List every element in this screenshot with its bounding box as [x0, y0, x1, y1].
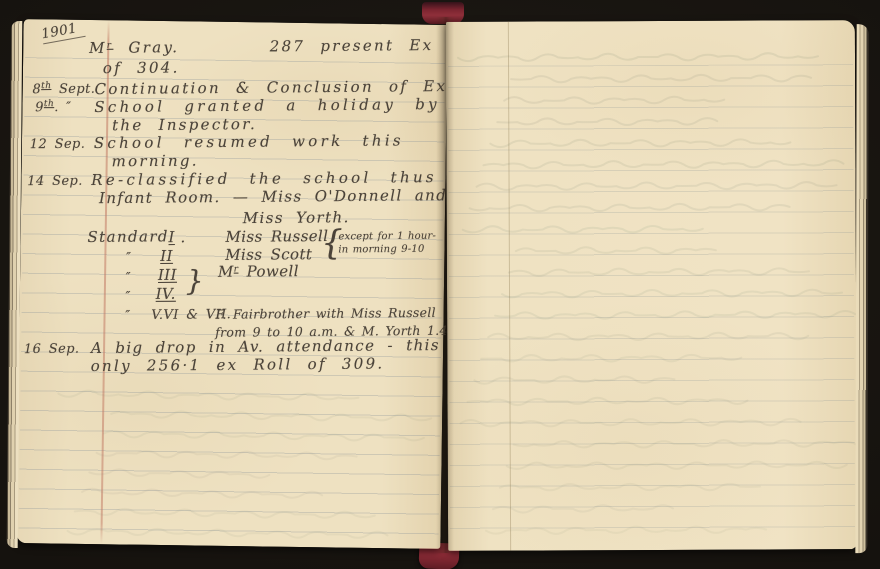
brace-note-2: in morning 9-10 — [338, 242, 424, 258]
standard-4-numeral: IV. — [156, 287, 176, 302]
logbook-photo: 1901 Mr Gray. 287 present Ex Roll of 304… — [0, 0, 880, 569]
ditto-mark: ″ — [125, 308, 130, 323]
standard-1-numeral: I — [168, 230, 174, 245]
ghost-writing-right — [446, 20, 857, 551]
entry-resumed-1: School resumed work this — [94, 133, 404, 151]
spine-headband — [422, 2, 464, 24]
date-9-sept: 9th. ″ — [35, 100, 71, 115]
standard-2-numeral: II — [160, 249, 173, 264]
date-14-sep: 14 Sep. — [27, 174, 83, 189]
brace-powell: } — [186, 267, 204, 295]
standard-1-dot: . — [180, 230, 185, 245]
date-8-sept: 8th Sept. — [32, 82, 95, 98]
text-fragment: Sept. — [51, 82, 95, 97]
ditto-mark: ″ — [126, 270, 131, 285]
entry-resumed-2: morning. — [111, 154, 198, 170]
standard-1-teacher: Miss Russell — [225, 229, 328, 245]
text-fragment: Gray. 287 present Ex Roll — [113, 36, 487, 57]
entry-holiday-2: the Inspector. — [112, 117, 257, 133]
ditto-mark: ″ — [126, 289, 131, 304]
text-fragment: Powell — [238, 262, 299, 281]
year-label: 1901 — [40, 20, 85, 44]
text-fragment: 8 — [32, 82, 41, 97]
entry-headmaster-roll-2: of 304. — [103, 61, 180, 77]
date-16-sep: 16 Sep. — [24, 342, 80, 357]
text-fragment: M — [89, 39, 107, 57]
entry-attendance-1: A big drop in Av. attendance - this week — [91, 337, 498, 356]
standard-2-teacher: Miss Scott — [225, 247, 312, 263]
superscript: th — [44, 99, 54, 109]
entry-reclassified-1: Re-classified the school thus - — [91, 170, 464, 188]
superscript: th — [41, 81, 51, 91]
text-fragment: . ″ — [54, 100, 71, 115]
date-12-sep: 12 Sep. — [30, 137, 86, 152]
standard-5-teacher: F. Fairbrother with Miss Russell — [215, 305, 436, 322]
left-page: 1901 Mr Gray. 287 present Ex Roll of 304… — [16, 19, 447, 549]
entry-headmaster-roll: Mr Gray. 287 present Ex Roll — [89, 38, 488, 56]
standard-3-teacher: Mr Powell — [218, 264, 299, 280]
margin-line-right — [508, 22, 511, 551]
entry-holiday-1: School granted a holiday by — [94, 97, 440, 115]
entry-reclassified-2: Infant Room. — Miss O'Donnell and — [99, 188, 447, 206]
standard-word: Standard — [87, 229, 169, 245]
ruled-lines-right — [448, 64, 855, 541]
text-fragment: M — [218, 263, 234, 281]
text-fragment: 9 — [35, 100, 44, 115]
handwriting-layer: 1901 Mr Gray. 287 present Ex Roll of 304… — [16, 19, 447, 549]
entry-attendance-2: only 256·1 ex Roll of 309. — [91, 356, 385, 374]
right-page — [446, 20, 857, 551]
standard-3-numeral: III — [158, 268, 177, 283]
ditto-mark: ″ — [126, 250, 131, 265]
